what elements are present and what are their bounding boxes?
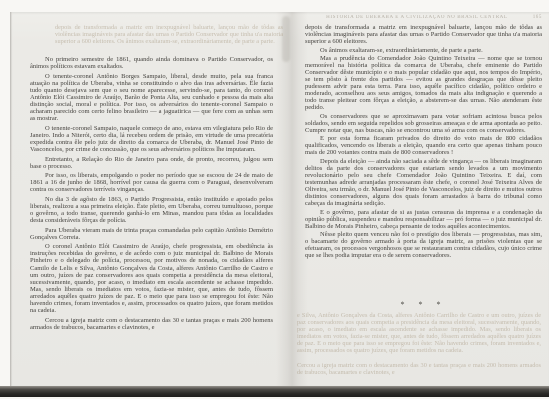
- running-header: HISTÓRIA DE UBERABA E A CIVILIZAÇÃO NO B…: [305, 13, 542, 22]
- paragraph: Cercou a igreja matriz com o destacament…: [30, 317, 273, 331]
- paragraph: No dia 3 de agôsto de 1863, o Partido Pr…: [30, 196, 273, 225]
- bleedthrough-text-bottom-right: e Silva, Antônio Gonçalves da Costa, alf…: [297, 312, 541, 359]
- paragraph: Para Uberaba vieram mais de trinta praça…: [30, 227, 273, 241]
- paragraph: Por isso, os liberais, empolgando o pode…: [30, 172, 273, 193]
- paragraph: O tenente-coronel Sampaio, naquele começ…: [30, 125, 273, 154]
- bleedthrough-text-bottom-right-tail: Cercou a igreja matriz com o destacament…: [297, 362, 541, 378]
- paragraph: O tenente-coronel Antônio Borges Sampaio…: [30, 73, 273, 123]
- paragraph: E o govêrno, para afastar de si as justa…: [305, 209, 542, 230]
- scan-bottom-edge: [0, 386, 549, 397]
- paragraph: Depois da eleição — ainda não saciada a …: [305, 158, 542, 207]
- left-page-edge: [10, 12, 12, 386]
- gutter-smudge: [282, 16, 290, 62]
- bleedthrough-text-top-left: depois de transformada a matriz em inexp…: [55, 24, 283, 56]
- page-number: 165: [533, 15, 542, 20]
- right-page-text: depois de transformada a matriz em inexp…: [305, 24, 542, 304]
- paragraph: Os conservadores que se aproximavam para…: [305, 113, 542, 134]
- paragraph: Entretanto, a Relação do Rio de Janeiro …: [30, 156, 273, 170]
- paragraph: No primeiro semestre de 1861, quando ain…: [30, 56, 273, 70]
- paragraph: depois de transformada a matriz em inexp…: [305, 24, 542, 45]
- left-page-text: No primeiro semestre de 1861, quando ain…: [30, 56, 273, 381]
- paragraph: Nêsse pleito quem venceu não foi o prest…: [305, 231, 542, 259]
- book-scan: depois de transformada a matriz em inexp…: [0, 0, 549, 399]
- paragraph: O coronel Antônio Elói Cassimiro de Araú…: [30, 243, 273, 315]
- running-header-title: HISTÓRIA DE UBERABA E A CIVILIZAÇÃO NO B…: [305, 15, 529, 20]
- paragraph: E por esta forma ficaram privados do dir…: [305, 135, 542, 156]
- paragraph: Mas a prudência do Comendador João Quint…: [305, 55, 542, 111]
- paragraph: Os ânimos exaltaram-se, extraordinàriame…: [305, 47, 542, 54]
- section-break-asterisks: * * *: [305, 300, 542, 309]
